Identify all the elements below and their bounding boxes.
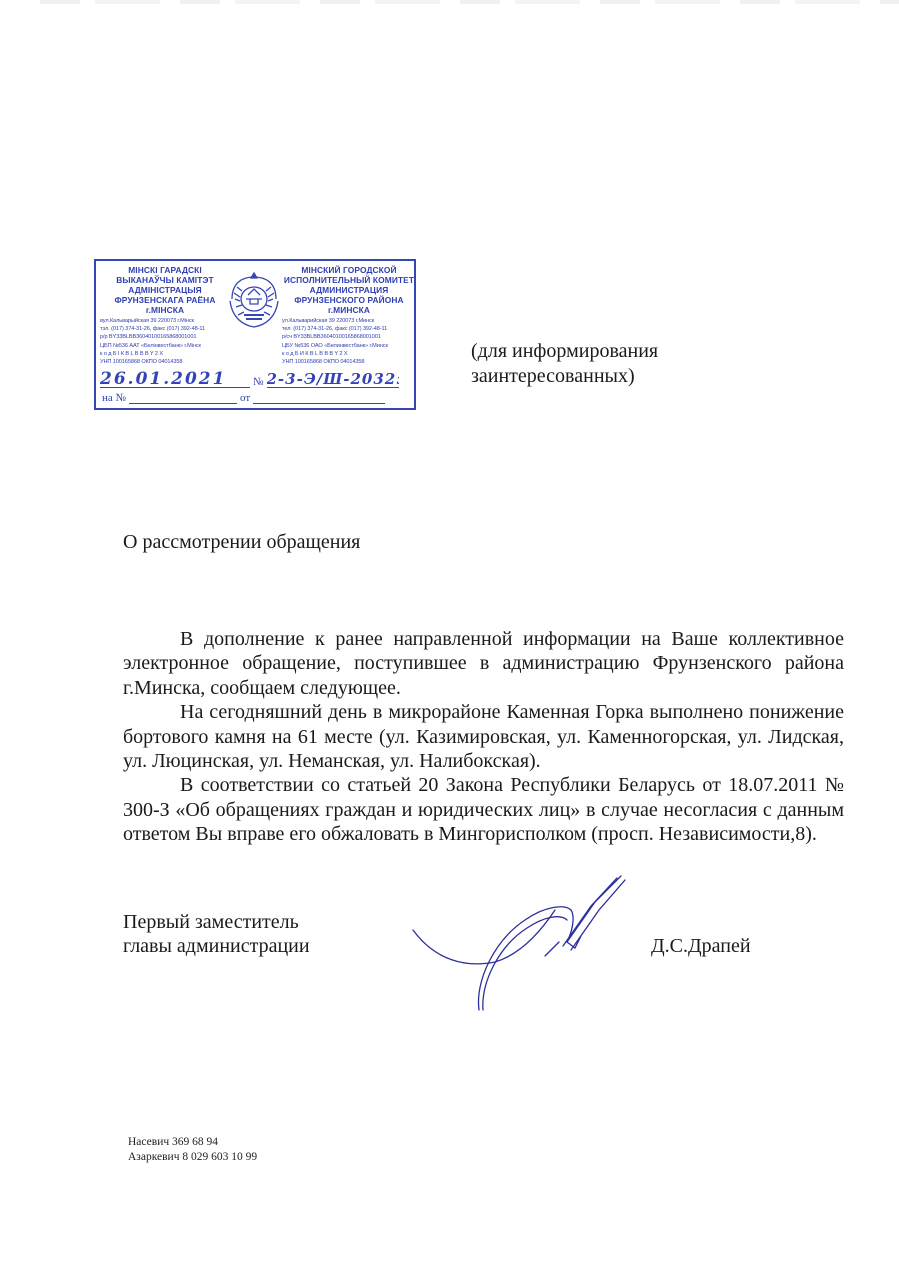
contact-line: Насевич 369 68 94	[128, 1135, 257, 1150]
letter-subject: О рассмотрении обращения	[123, 530, 360, 554]
stamp-account: р/сч BY33BLBB36040100165868001001	[282, 333, 416, 341]
body-paragraph: На сегодняшний день в микрорайоне Каменн…	[123, 700, 844, 773]
stamp-ref-from-label: от	[240, 392, 250, 404]
stamp-title-line: ФРУНЗЕНСКОГО РАЙОНА	[282, 295, 416, 305]
stamp-title-line: МІНСКІ ГАРАДСКІ	[100, 265, 230, 275]
stamp-address: ул.Кальварийская 39 220073 г.Минск	[282, 317, 416, 325]
stamp-title-line: ИСПОЛНИТЕЛЬНЫЙ КОМИТЕТ	[282, 275, 416, 285]
stamp-title-line: г.МИНСКА	[282, 305, 416, 315]
stamp-bic: к о д Б И К B L B B B Y 2 X	[282, 350, 416, 358]
stamp-number-label: №	[253, 376, 264, 388]
executor-contacts: Насевич 369 68 94 Азаркевич 8 029 603 10…	[128, 1135, 257, 1165]
stamp-address: вул.Кальварыйская 39 220073 г.Мінск	[100, 317, 230, 325]
stamp-ref-blank	[129, 394, 237, 404]
letter-body: В дополнение к ранее направленной информ…	[123, 627, 844, 847]
stamp-phone: тэл. (017) 374-31-26, факс (017) 392-48-…	[100, 325, 230, 333]
belarus-coat-of-arms-icon	[224, 269, 284, 331]
stamp-reference-line: на № от	[100, 392, 410, 404]
stamp-bic: к о д Б І К B L B B B Y 2 X	[100, 350, 230, 358]
stamp-title-line: ФРУНЗЕНСКАГА РАЁНА	[100, 295, 230, 305]
stamp-unp: УНП 100165868 ОКПО 04014358	[100, 358, 230, 366]
addressee-note: (для информирования заинтересованных)	[471, 339, 658, 389]
stamp-unp: УНП 100165868 ОКПО 04014358	[282, 358, 416, 366]
stamp-ref-label: на №	[102, 392, 126, 404]
stamp-account: р/р BY33BLBB36040100165868001001	[100, 333, 230, 341]
signatory-title-line: главы администрации	[123, 934, 310, 958]
body-paragraph: В дополнение к ранее направленной информ…	[123, 627, 844, 700]
stamp-phone: тел. (017) 374-31-26, факс (017) 392-48-…	[282, 325, 416, 333]
addressee-line: (для информирования	[471, 339, 658, 364]
stamp-title-line: АДМІНІСТРАЦЫЯ	[100, 285, 230, 295]
stamp-title-line: г.МІНСКА	[100, 305, 230, 315]
registration-stamp: МІНСКІ ГАРАДСКІ ВЫКАНАЎЧЫ КАМІТЭТ АДМІНІ…	[94, 259, 416, 410]
stamp-number-handwritten: 2-3-Э/Ш-2032эл	[267, 371, 399, 388]
stamp-ref-from-blank	[253, 394, 385, 404]
stamp-bank: ЦБУ №536 ОАО «Белинвестбанк» г.Минск	[282, 342, 416, 350]
stamp-date-handwritten: 26.01.2021	[100, 371, 250, 388]
stamp-details: вул.Кальварыйская 39 220073 г.Мінск тэл.…	[100, 317, 230, 366]
stamp-right-block-russian: МІНСКИЙ ГОРОДСКОЙ ИСПОЛНИТЕЛЬНЫЙ КОМИТЕТ…	[282, 265, 416, 366]
stamp-title-line: ВЫКАНАЎЧЫ КАМІТЭТ	[100, 275, 230, 285]
addressee-line: заинтересованных)	[471, 364, 658, 389]
stamp-title-line: МІНСКИЙ ГОРОДСКОЙ	[282, 265, 416, 275]
stamp-date-number-line: 26.01.2021 № 2-3-Э/Ш-2032эл	[100, 371, 410, 388]
stamp-details: ул.Кальварийская 39 220073 г.Минск тел. …	[282, 317, 416, 366]
contact-line: Азаркевич 8 029 603 10 99	[128, 1150, 257, 1165]
scan-edge-artifact	[40, 0, 899, 4]
body-paragraph: В соответствии со статьей 20 Закона Респ…	[123, 773, 844, 846]
signatory-name: Д.С.Драпей	[651, 934, 751, 958]
stamp-bank: ЦБП №536 ААТ «Белінвестбанк» г.Мінск	[100, 342, 230, 350]
signatory-title-line: Первый заместитель	[123, 910, 310, 934]
stamp-left-block-belarusian: МІНСКІ ГАРАДСКІ ВЫКАНАЎЧЫ КАМІТЭТ АДМІНІ…	[100, 265, 230, 366]
stamp-title-line: АДМИНИСТРАЦИЯ	[282, 285, 416, 295]
handwritten-signature	[395, 870, 635, 1020]
signatory-title: Первый заместитель главы администрации	[123, 910, 310, 958]
